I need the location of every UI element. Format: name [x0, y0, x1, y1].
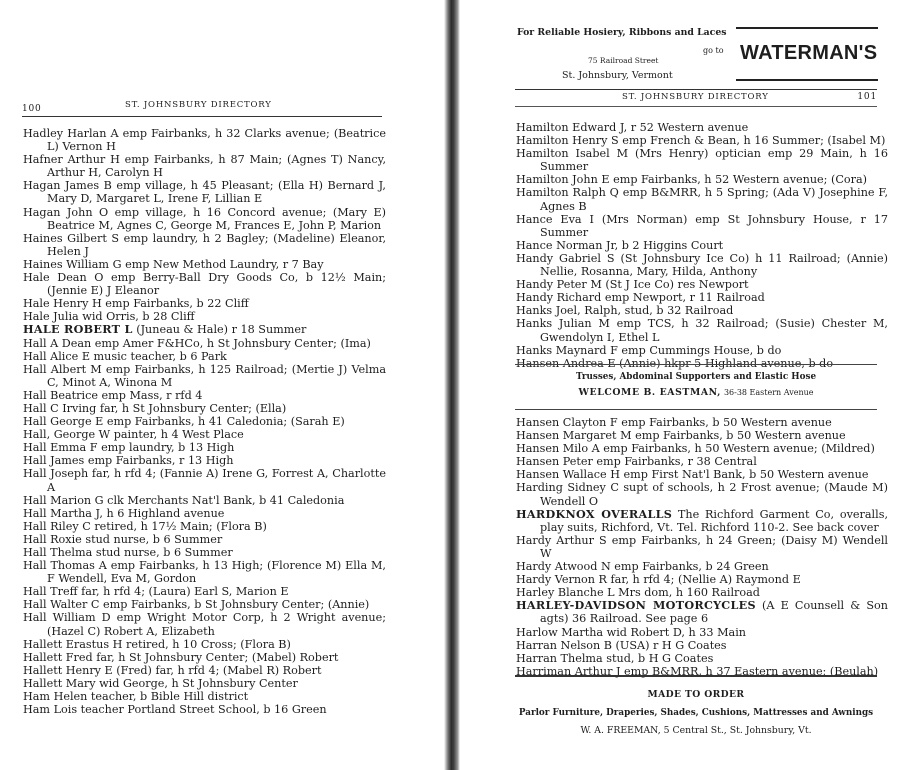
entry-text: Hallett Fred far, h St Johnsbury Center;…: [23, 651, 338, 664]
directory-entry: Harding Sidney C supt of schools, h 2 Fr…: [516, 481, 888, 507]
directory-entry: Harran Nelson B (USA) r H G Coates: [516, 639, 888, 652]
directory-entry: Hall Albert M emp Fairbanks, h 125 Railr…: [23, 363, 386, 389]
entry-business-name: HALE ROBERT L: [23, 322, 133, 336]
directory-entry: Harlow Martha wid Robert D, h 33 Main: [516, 626, 888, 639]
entry-text: Hanks Joel, Ralph, stud, b 32 Railroad: [516, 304, 733, 317]
entry-text: Harran Nelson B (USA) r H G Coates: [516, 639, 727, 652]
directory-entry: Ham Helen teacher, b Bible Hill district: [23, 690, 386, 703]
entry-text: Hallett Erastus H retired, h 10 Cross; (…: [23, 638, 291, 651]
directory-entry: Ham Lois teacher Portland Street School,…: [23, 703, 386, 716]
entry-text: Haines Gilbert S emp laundry, h 2 Bagley…: [23, 232, 386, 258]
directory-entry: Handy Peter M (St J Ice Co) res Newport: [516, 278, 888, 291]
directory-entry: Hardy Vernon R far, h rfd 4; (Nellie A) …: [516, 573, 888, 586]
entry-text: Hall Albert M emp Fairbanks, h 125 Railr…: [23, 363, 386, 389]
entry-text: Hanks Maynard F emp Cummings House, b do: [516, 344, 781, 357]
directory-entry: Haines Gilbert S emp laundry, h 2 Bagley…: [23, 232, 386, 258]
entry-text: Hall Martha J, h 6 Highland avenue: [23, 507, 224, 520]
directory-entry: Hallett Fred far, h St Johnsbury Center;…: [23, 651, 386, 664]
directory-entries-right-2: Hansen Clayton F emp Fairbanks, b 50 Wes…: [516, 416, 888, 678]
ad-go-to: go to: [703, 46, 724, 55]
directory-entry: Hamilton Henry S emp French & Bean, h 16…: [516, 134, 888, 147]
entry-text: Ham Lois teacher Portland Street School,…: [23, 703, 327, 716]
entry-text: Hamilton Edward J, r 52 Western avenue: [516, 121, 748, 134]
directory-entry: Hanks Joel, Ralph, stud, b 32 Railroad: [516, 304, 888, 317]
entry-text: Hale Henry H emp Fairbanks, b 22 Cliff: [23, 297, 249, 310]
left-page-header: 100 ST. JOHNSBURY DIRECTORY: [22, 98, 382, 117]
directory-entry: Hagan James B emp village, h 45 Pleasant…: [23, 179, 386, 205]
entry-text: Hansen Peter emp Fairbanks, r 38 Central: [516, 455, 757, 468]
entry-text: Hale Julia wid Orris, b 28 Cliff: [23, 310, 195, 323]
ad-merchant: WELCOME B. EASTMAN, 36-38 Eastern Avenue: [515, 387, 877, 398]
entry-text: Hall, George W painter, h 4 West Place: [23, 428, 244, 441]
entry-text: Hale Dean O emp Berry-Ball Dry Goods Co,…: [23, 271, 386, 297]
entry-business-name: HARLEY-DAVIDSON MOTORCYCLES: [516, 598, 756, 612]
running-title: ST. JOHNSBURY DIRECTORY: [125, 100, 272, 110]
watermans-advertisement: For Reliable Hosiery, Ribbons and Laces …: [505, 24, 877, 86]
entry-text: Hall Treff far, h rfd 4; (Laura) Earl S,…: [23, 585, 289, 598]
directory-entry: Handy Gabriel S (St Johnsbury Ice Co) h …: [516, 252, 888, 278]
directory-entry: Hall Thomas A emp Fairbanks, h 13 High; …: [23, 559, 386, 585]
entry-text: Hall George E emp Fairbanks, h 41 Caledo…: [23, 415, 345, 428]
directory-entry: Hardy Arthur S emp Fairbanks, h 24 Green…: [516, 534, 888, 560]
entry-text: Hansen Milo A emp Fairbanks, h 50 Wester…: [516, 442, 875, 455]
directory-entry: Hall Joseph far, h rfd 4; (Fannie A) Ire…: [23, 467, 386, 493]
ad-merchant-address: 36-38 Eastern Avenue: [724, 388, 814, 397]
directory-entry: Hamilton Ralph Q emp B&MRR, h 5 Spring; …: [516, 186, 888, 212]
entry-text: Ham Helen teacher, b Bible Hill district: [23, 690, 248, 703]
ad-address: 75 Railroad Street: [588, 56, 658, 65]
directory-entry: Hamilton Isabel M (Mrs Henry) optician e…: [516, 147, 888, 173]
entry-text: Hall Thelma stud nurse, b 6 Summer: [23, 546, 233, 559]
directory-entry: Hanks Julian M emp TCS, h 32 Railroad; (…: [516, 317, 888, 343]
entry-text: (Juneau & Hale) r 18 Summer: [133, 323, 307, 336]
ad-products: Trusses, Abdominal Supporters and Elasti…: [515, 372, 877, 382]
directory-entry: Hallett Mary wid George, h St Johnsbury …: [23, 677, 386, 690]
directory-entry: Hale Henry H emp Fairbanks, b 22 Cliff: [23, 297, 386, 310]
entry-text: Hamilton John E emp Fairbanks, h 52 West…: [516, 173, 867, 186]
directory-entry: Hall Emma F emp laundry, b 13 High: [23, 441, 386, 454]
directory-entry: Hall Treff far, h rfd 4; (Laura) Earl S,…: [23, 585, 386, 598]
book-gutter: [444, 0, 460, 770]
directory-entry: Handy Richard emp Newport, r 11 Railroad: [516, 291, 888, 304]
right-page-header: ST. JOHNSBURY DIRECTORY 101: [515, 89, 877, 107]
entry-text: Hamilton Isabel M (Mrs Henry) optician e…: [516, 147, 888, 173]
right-page: For Reliable Hosiery, Ribbons and Laces …: [505, 0, 901, 770]
directory-entry: Hadley Harlan A emp Fairbanks, h 32 Clar…: [23, 127, 386, 153]
directory-entry: Hall C Irving far, h St Johnsbury Center…: [23, 402, 386, 415]
directory-entry: Hallett Henry E (Fred) far, h rfd 4; (Ma…: [23, 664, 386, 677]
entry-text: Hardy Vernon R far, h rfd 4; (Nellie A) …: [516, 573, 801, 586]
entry-text: Hardy Arthur S emp Fairbanks, h 24 Green…: [516, 534, 888, 560]
entry-text: Hadley Harlan A emp Fairbanks, h 32 Clar…: [23, 127, 386, 153]
ad-merchant-name: WELCOME B. EASTMAN,: [579, 387, 721, 398]
entry-text: Hall Joseph far, h rfd 4; (Fannie A) Ire…: [23, 467, 386, 493]
entry-text: Hardy Atwood N emp Fairbanks, b 24 Green: [516, 560, 769, 573]
entry-text: Hall Beatrice emp Mass, r rfd 4: [23, 389, 202, 402]
directory-entry: Hall, George W painter, h 4 West Place: [23, 428, 386, 441]
directory-entry: Hall Thelma stud nurse, b 6 Summer: [23, 546, 386, 559]
entry-text: Hall Walter C emp Fairbanks, b St Johnsb…: [23, 598, 369, 611]
freeman-advertisement: MADE TO ORDER Parlor Furniture, Draperie…: [515, 675, 877, 747]
directory-entry: Hall A Dean emp Amer F&HCo, h St Johnsbu…: [23, 337, 386, 350]
entry-text: Harran Thelma stud, b H G Coates: [516, 652, 713, 665]
directory-entry: Hagan John O emp village, h 16 Concord a…: [23, 206, 386, 232]
directory-entry: Hansen Peter emp Fairbanks, r 38 Central: [516, 455, 888, 468]
directory-entry: HALE ROBERT L (Juneau & Hale) r 18 Summe…: [23, 323, 386, 336]
directory-entry: Haines William G emp New Method Laundry,…: [23, 258, 386, 271]
entry-business-name: HARDKNOX OVERALLS: [516, 507, 672, 521]
entry-text: Hagan John O emp village, h 16 Concord a…: [23, 206, 386, 232]
entry-text: Hansen Wallace H emp First Nat'l Bank, b…: [516, 468, 868, 481]
page-number: 100: [22, 104, 42, 114]
directory-entry: Hall Riley C retired, h 17½ Main; (Flora…: [23, 520, 386, 533]
ad-city: St. Johnsbury, Vermont: [562, 70, 673, 81]
entry-text: Harding Sidney C supt of schools, h 2 Fr…: [516, 481, 888, 507]
entry-text: Hansen Clayton F emp Fairbanks, b 50 Wes…: [516, 416, 832, 429]
running-title: ST. JOHNSBURY DIRECTORY: [622, 92, 769, 102]
directory-entry: Hanks Maynard F emp Cummings House, b do: [516, 344, 888, 357]
directory-entry: Hardy Atwood N emp Fairbanks, b 24 Green: [516, 560, 888, 573]
directory-entry: Hance Eva I (Mrs Norman) emp St Johnsbur…: [516, 213, 888, 239]
eastman-advertisement: Trusses, Abdominal Supporters and Elasti…: [515, 364, 877, 410]
directory-entry: Hall George E emp Fairbanks, h 41 Caledo…: [23, 415, 386, 428]
entry-text: Hance Eva I (Mrs Norman) emp St Johnsbur…: [516, 213, 888, 239]
entry-text: Harlow Martha wid Robert D, h 33 Main: [516, 626, 746, 639]
entry-text: Hallett Mary wid George, h St Johnsbury …: [23, 677, 298, 690]
directory-entry: Hamilton John E emp Fairbanks, h 52 West…: [516, 173, 888, 186]
directory-entry: Hansen Margaret M emp Fairbanks, b 50 We…: [516, 429, 888, 442]
directory-entry: HARLEY-DAVIDSON MOTORCYCLES (A E Counsel…: [516, 599, 888, 625]
directory-entry: Hallett Erastus H retired, h 10 Cross; (…: [23, 638, 386, 651]
directory-entry: Hamilton Edward J, r 52 Western avenue: [516, 121, 888, 134]
entry-text: Hall Marion G clk Merchants Nat'l Bank, …: [23, 494, 344, 507]
directory-entry: Hance Norman Jr, b 2 Higgins Court: [516, 239, 888, 252]
directory-entry: Hansen Clayton F emp Fairbanks, b 50 Wes…: [516, 416, 888, 429]
directory-entry: Hansen Wallace H emp First Nat'l Bank, b…: [516, 468, 888, 481]
entry-text: Hafner Arthur H emp Fairbanks, h 87 Main…: [23, 153, 386, 179]
entry-text: Handy Richard emp Newport, r 11 Railroad: [516, 291, 765, 304]
ad-rule: [736, 79, 878, 81]
ad-tagline: For Reliable Hosiery, Ribbons and Laces: [517, 27, 726, 38]
page-number: 101: [857, 92, 877, 102]
entry-text: Hall Riley C retired, h 17½ Main; (Flora…: [23, 520, 267, 533]
directory-entries-left: Hadley Harlan A emp Fairbanks, h 32 Clar…: [23, 127, 386, 716]
left-page: 100 ST. JOHNSBURY DIRECTORY Hadley Harla…: [0, 0, 440, 770]
directory-entry: Hall James emp Fairbanks, r 13 High: [23, 454, 386, 467]
directory-entry: Hall Marion G clk Merchants Nat'l Bank, …: [23, 494, 386, 507]
entry-text: Handy Gabriel S (St Johnsbury Ice Co) h …: [516, 252, 888, 278]
directory-entry: Harran Thelma stud, b H G Coates: [516, 652, 888, 665]
entry-text: Hamilton Henry S emp French & Bean, h 16…: [516, 134, 885, 147]
ad-brand: WATERMAN'S: [740, 42, 877, 65]
entry-text: Hamilton Ralph Q emp B&MRR, h 5 Spring; …: [516, 186, 888, 212]
entry-text: Hall A Dean emp Amer F&HCo, h St Johnsbu…: [23, 337, 371, 350]
entry-text: Hallett Henry E (Fred) far, h rfd 4; (Ma…: [23, 664, 321, 677]
entry-text: Harley Blanche L Mrs dom, h 160 Railroad: [516, 586, 760, 599]
directory-entry: Hall William D emp Wright Motor Corp, h …: [23, 611, 386, 637]
directory-entry: Hall Martha J, h 6 Highland avenue: [23, 507, 386, 520]
directory-entry: Hafner Arthur H emp Fairbanks, h 87 Main…: [23, 153, 386, 179]
entry-text: Hall C Irving far, h St Johnsbury Center…: [23, 402, 286, 415]
entry-text: Hance Norman Jr, b 2 Higgins Court: [516, 239, 723, 252]
directory-entry: Hall Walter C emp Fairbanks, b St Johnsb…: [23, 598, 386, 611]
directory-entry: Hall Beatrice emp Mass, r rfd 4: [23, 389, 386, 402]
entry-text: Handy Peter M (St J Ice Co) res Newport: [516, 278, 749, 291]
directory-entry: Hall Roxie stud nurse, b 6 Summer: [23, 533, 386, 546]
directory-entry: Hansen Milo A emp Fairbanks, h 50 Wester…: [516, 442, 888, 455]
entry-text: Hall Thomas A emp Fairbanks, h 13 High; …: [23, 559, 386, 585]
entry-text: Hall Roxie stud nurse, b 6 Summer: [23, 533, 222, 546]
entry-text: Haines William G emp New Method Laundry,…: [23, 258, 324, 271]
entry-text: Hall James emp Fairbanks, r 13 High: [23, 454, 233, 467]
entry-text: Hall Emma F emp laundry, b 13 High: [23, 441, 234, 454]
ad-products: Parlor Furniture, Draperies, Shades, Cus…: [515, 708, 877, 718]
directory-entry: Hale Dean O emp Berry-Ball Dry Goods Co,…: [23, 271, 386, 297]
directory-entries-right-1: Hamilton Edward J, r 52 Western avenueHa…: [516, 121, 888, 370]
ad-headline: MADE TO ORDER: [515, 689, 877, 700]
entry-text: Hall William D emp Wright Motor Corp, h …: [23, 611, 386, 637]
ad-merchant: W. A. FREEMAN, 5 Central St., St. Johnsb…: [515, 725, 877, 736]
entry-text: Hagan James B emp village, h 45 Pleasant…: [23, 179, 386, 205]
entry-text: Hansen Margaret M emp Fairbanks, b 50 We…: [516, 429, 846, 442]
directory-entry: HARDKNOX OVERALLS The Richford Garment C…: [516, 508, 888, 534]
entry-text: Hall Alice E music teacher, b 6 Park: [23, 350, 227, 363]
ad-rule: [736, 27, 878, 29]
directory-entry: Hall Alice E music teacher, b 6 Park: [23, 350, 386, 363]
entry-text: Hanks Julian M emp TCS, h 32 Railroad; (…: [516, 317, 888, 343]
